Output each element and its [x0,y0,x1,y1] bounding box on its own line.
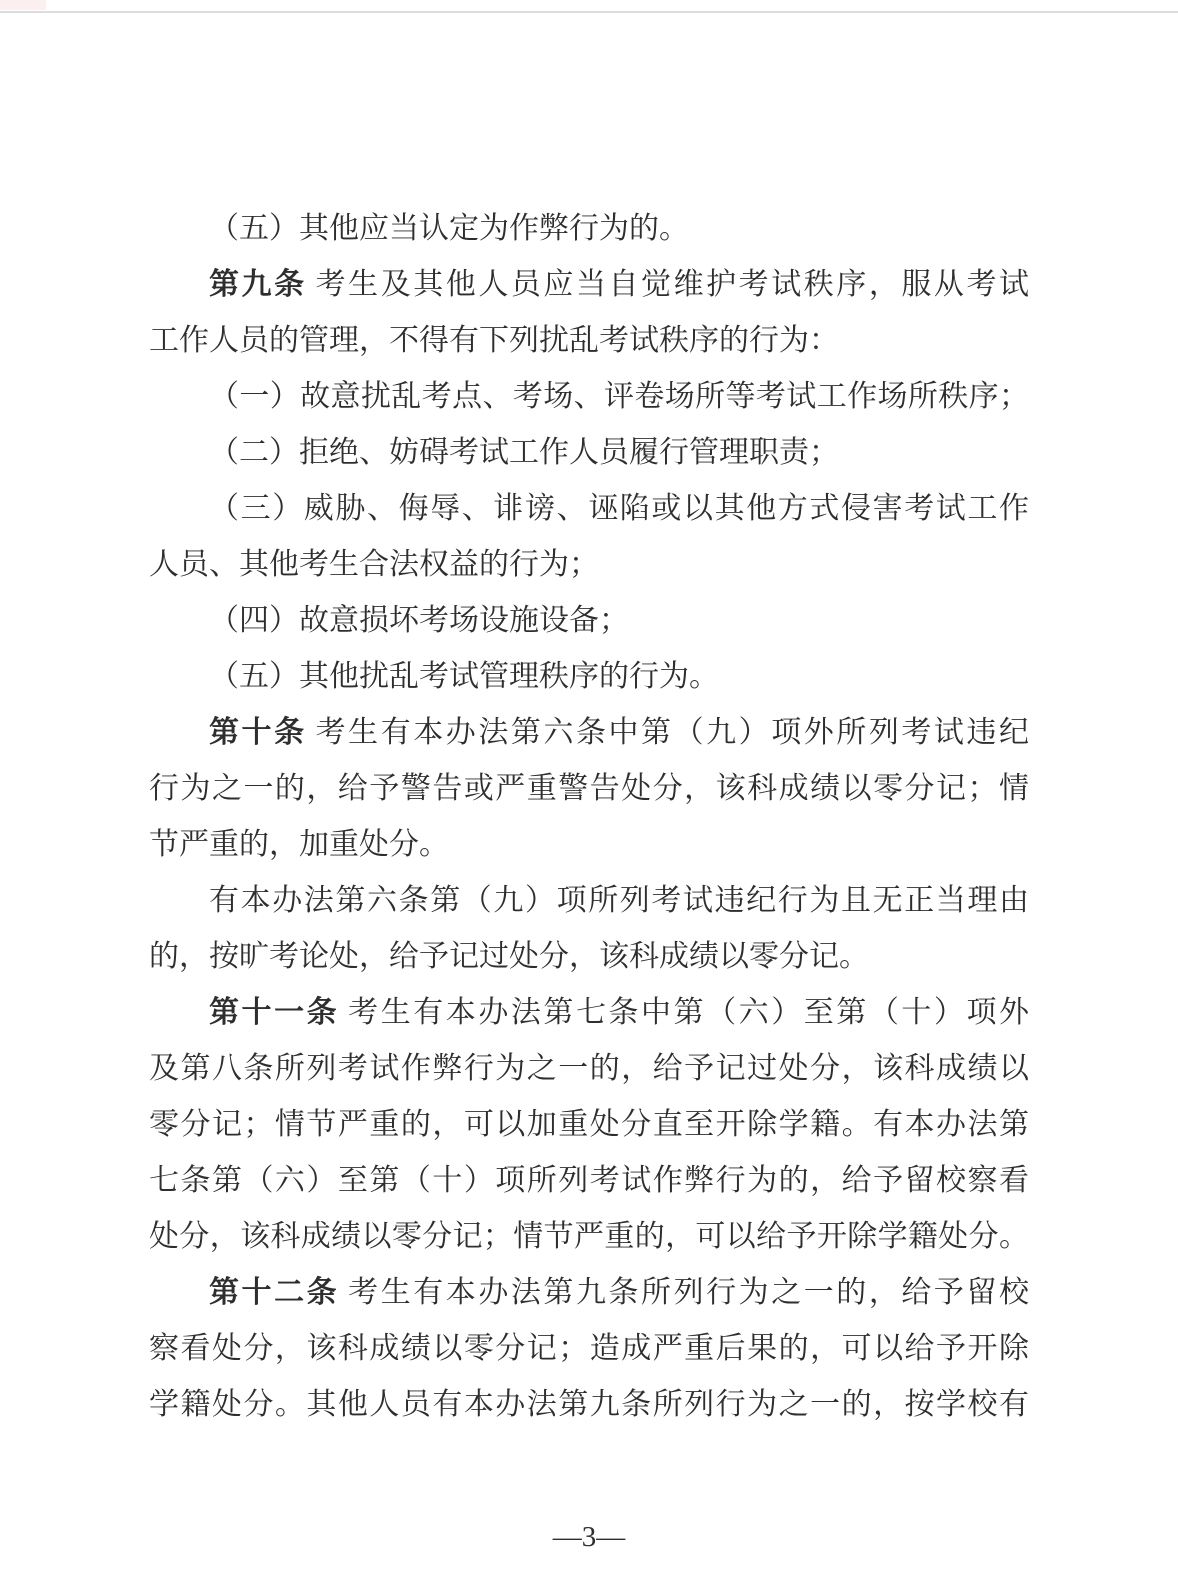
line-text: （五）其他应当认定为作弊行为的。 [209,212,689,245]
line-text: 察看处分，该科成绩以零分记；造成严重后果的，可以给予开除 [149,1332,1029,1365]
page-footer: —3— [0,1516,1178,1558]
line-text: 的，按旷考论处，给予记过处分，该科成绩以零分记。 [149,940,869,973]
text-line: 的，按旷考论处，给予记过处分，该科成绩以零分记。 [149,929,1029,985]
text-line: 行为之一的，给予警告或严重警告处分，该科成绩以零分记；情 [149,761,1029,817]
scan-artifact-hairline [0,11,1178,13]
text-line: 学籍处分。其他人员有本办法第九条所列行为之一的，按学校有 [149,1377,1029,1433]
line-text: 零分记；情节严重的，可以加重处分直至开除学籍。有本办法第 [149,1108,1029,1141]
line-text: （四）故意损坏考场设施设备； [209,604,629,637]
article-number: 第十二条 [209,1276,339,1309]
text-line: 七条第（六）至第（十）项所列考试作弊行为的，给予留校察看 [149,1153,1029,1209]
scanned-document-page: { "page": { "footer": { "page_label": "—… [0,0,1178,1573]
line-text: 工作人员的管理，不得有下列扰乱考试秩序的行为： [149,324,839,357]
line-text: 七条第（六）至第（十）项所列考试作弊行为的，给予留校察看 [149,1164,1029,1197]
text-line: 察看处分，该科成绩以零分记；造成严重后果的，可以给予开除 [149,1321,1029,1377]
article-number: 第十条 [209,716,307,749]
line-text: （五）其他扰乱考试管理秩序的行为。 [209,660,719,693]
text-line: （五）其他扰乱考试管理秩序的行为。 [149,649,1029,705]
text-line: 第十一条考生有本办法第七条中第（六）至第（十）项外 [149,985,1029,1041]
text-line: 第十二条考生有本办法第九条所列行为之一的，给予留校 [149,1265,1029,1321]
line-text: 有本办法第六条第（九）项所列考试违纪行为且无正当理由 [209,884,1029,917]
line-text: 及第八条所列考试作弊行为之一的，给予记过处分，该科成绩以 [149,1052,1029,1085]
text-line: （四）故意损坏考场设施设备； [149,593,1029,649]
page-number: —3— [553,1521,626,1553]
line-text: 处分，该科成绩以零分记；情节严重的，可以给予开除学籍处分。 [149,1220,1029,1253]
text-line: 处分，该科成绩以零分记；情节严重的，可以给予开除学籍处分。 [149,1209,1029,1265]
text-line: 有本办法第六条第（九）项所列考试违纪行为且无正当理由 [149,873,1029,929]
line-text: 人员、其他考生合法权益的行为； [149,548,599,581]
line-text: 节严重的，加重处分。 [149,828,449,861]
line-text: 学籍处分。其他人员有本办法第九条所列行为之一的，按学校有 [149,1388,1029,1421]
line-text: 考生有本办法第六条中第（九）项外所列考试违纪 [316,716,1029,749]
text-line: 零分记；情节严重的，可以加重处分直至开除学籍。有本办法第 [149,1097,1029,1153]
line-text: 考生有本办法第九条所列行为之一的，给予留校 [348,1276,1029,1309]
text-line: （三）威胁、侮辱、诽谤、诬陷或以其他方式侵害考试工作 [149,481,1029,537]
document-body: （五）其他应当认定为作弊行为的。第九条考生及其他人员应当自觉维护考试秩序，服从考… [149,201,1029,1433]
line-text: （三）威胁、侮辱、诽谤、诬陷或以其他方式侵害考试工作 [209,492,1029,525]
text-line: 第十条考生有本办法第六条中第（九）项外所列考试违纪 [149,705,1029,761]
line-text: 行为之一的，给予警告或严重警告处分，该科成绩以零分记；情 [149,772,1029,805]
article-number: 第十一条 [209,996,339,1029]
line-text: 考生有本办法第七条中第（六）至第（十）项外 [348,996,1029,1029]
line-text: （二）拒绝、妨碍考试工作人员履行管理职责； [209,436,839,469]
scan-artifact-corner [0,0,46,10]
article-number: 第九条 [209,268,307,301]
text-line: （五）其他应当认定为作弊行为的。 [149,201,1029,257]
text-line: （二）拒绝、妨碍考试工作人员履行管理职责； [149,425,1029,481]
text-line: 第九条考生及其他人员应当自觉维护考试秩序，服从考试 [149,257,1029,313]
text-line: 工作人员的管理，不得有下列扰乱考试秩序的行为： [149,313,1029,369]
text-line: （一）故意扰乱考点、考场、评卷场所等考试工作场所秩序； [149,369,1029,425]
text-line: 人员、其他考生合法权益的行为； [149,537,1029,593]
line-text: （一）故意扰乱考点、考场、评卷场所等考试工作场所秩序； [209,380,1029,413]
text-line: 及第八条所列考试作弊行为之一的，给予记过处分，该科成绩以 [149,1041,1029,1097]
line-text: 考生及其他人员应当自觉维护考试秩序，服从考试 [316,268,1029,301]
text-line: 节严重的，加重处分。 [149,817,1029,873]
